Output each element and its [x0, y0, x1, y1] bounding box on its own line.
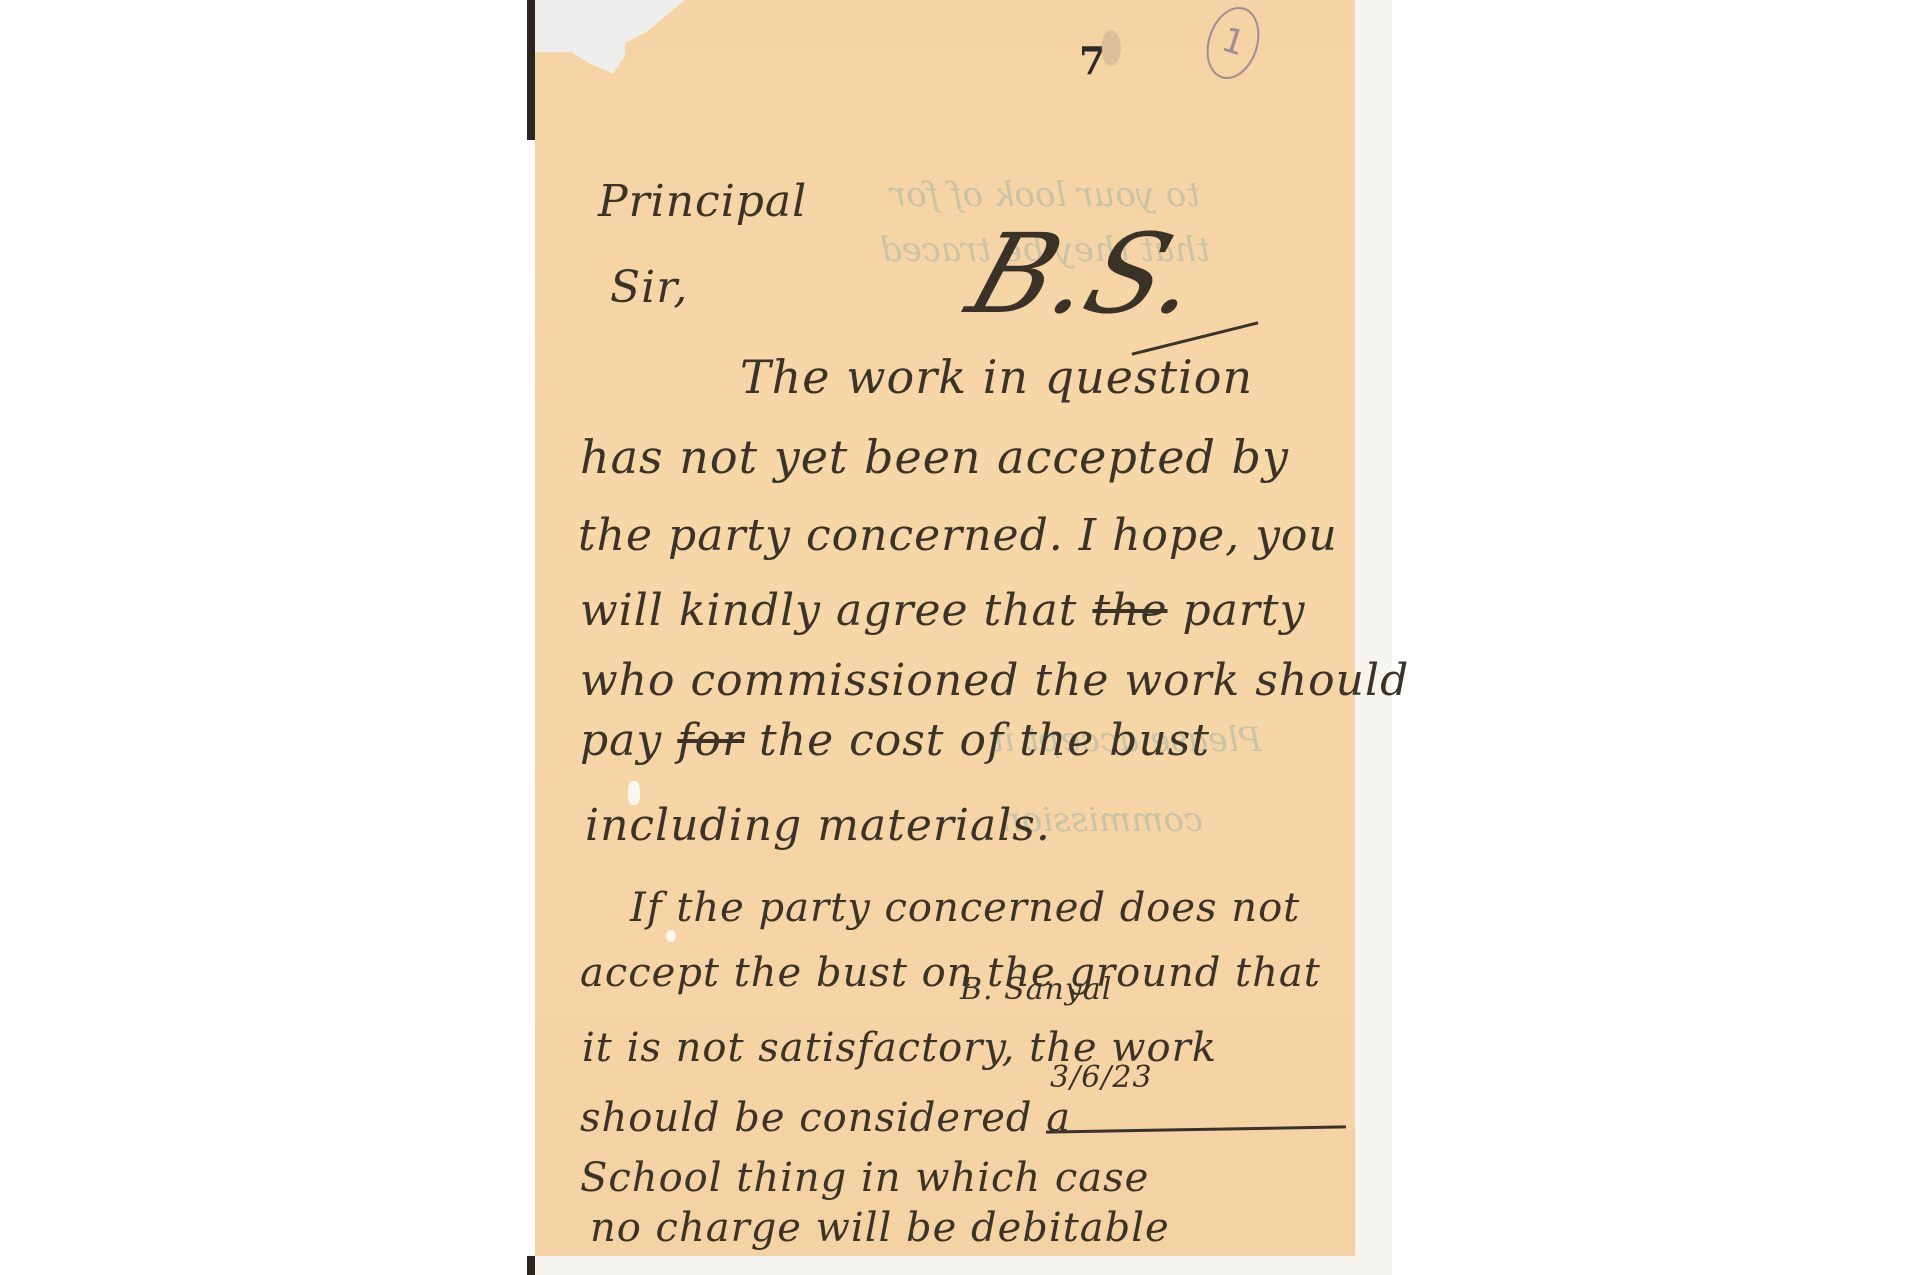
line-text: pay [580, 715, 677, 766]
line-text: the cost of the bust [744, 715, 1210, 766]
initials-signature: B.S. [954, 210, 1218, 338]
letter-line: the party concerned. I hope, you [578, 510, 1338, 561]
letter-line: If the party concerned does not [630, 885, 1300, 931]
line-text: party [1168, 585, 1306, 636]
letter-line: should be considered a [580, 1095, 1071, 1141]
bleed-through-text: to your look of for [890, 175, 1200, 215]
struck-word: the [1092, 585, 1167, 636]
letter-line: pay for the cost of the bust [580, 715, 1210, 766]
letter-line: no charge will be debitable [590, 1205, 1170, 1251]
letter-line: who commissioned the work should [580, 655, 1409, 706]
letter-line: will kindly agree that the party [580, 585, 1305, 636]
greeting: Sir, [610, 262, 688, 313]
binding-edge-bottom [527, 1256, 535, 1275]
letter-line: including materials. [585, 800, 1051, 851]
line-text: will kindly agree that [580, 585, 1092, 636]
marginal-annotation: B. Sanyal [960, 972, 1112, 1007]
mount-strip-bottom [527, 1255, 1392, 1275]
paper-hole [666, 930, 676, 942]
struck-word: for [677, 715, 744, 766]
letter-line: has not yet been accepted by [580, 430, 1289, 484]
mount-strip-right [1350, 0, 1392, 1275]
letter-line: accept the bust on the ground that [580, 950, 1321, 996]
letter-line: School thing in which case [580, 1155, 1149, 1201]
addressee: Principal [598, 176, 807, 227]
marginal-annotation: 3/6/23 [1050, 1060, 1153, 1095]
page-number-smudge [1101, 30, 1121, 66]
letter-line: The work in question [740, 350, 1253, 404]
